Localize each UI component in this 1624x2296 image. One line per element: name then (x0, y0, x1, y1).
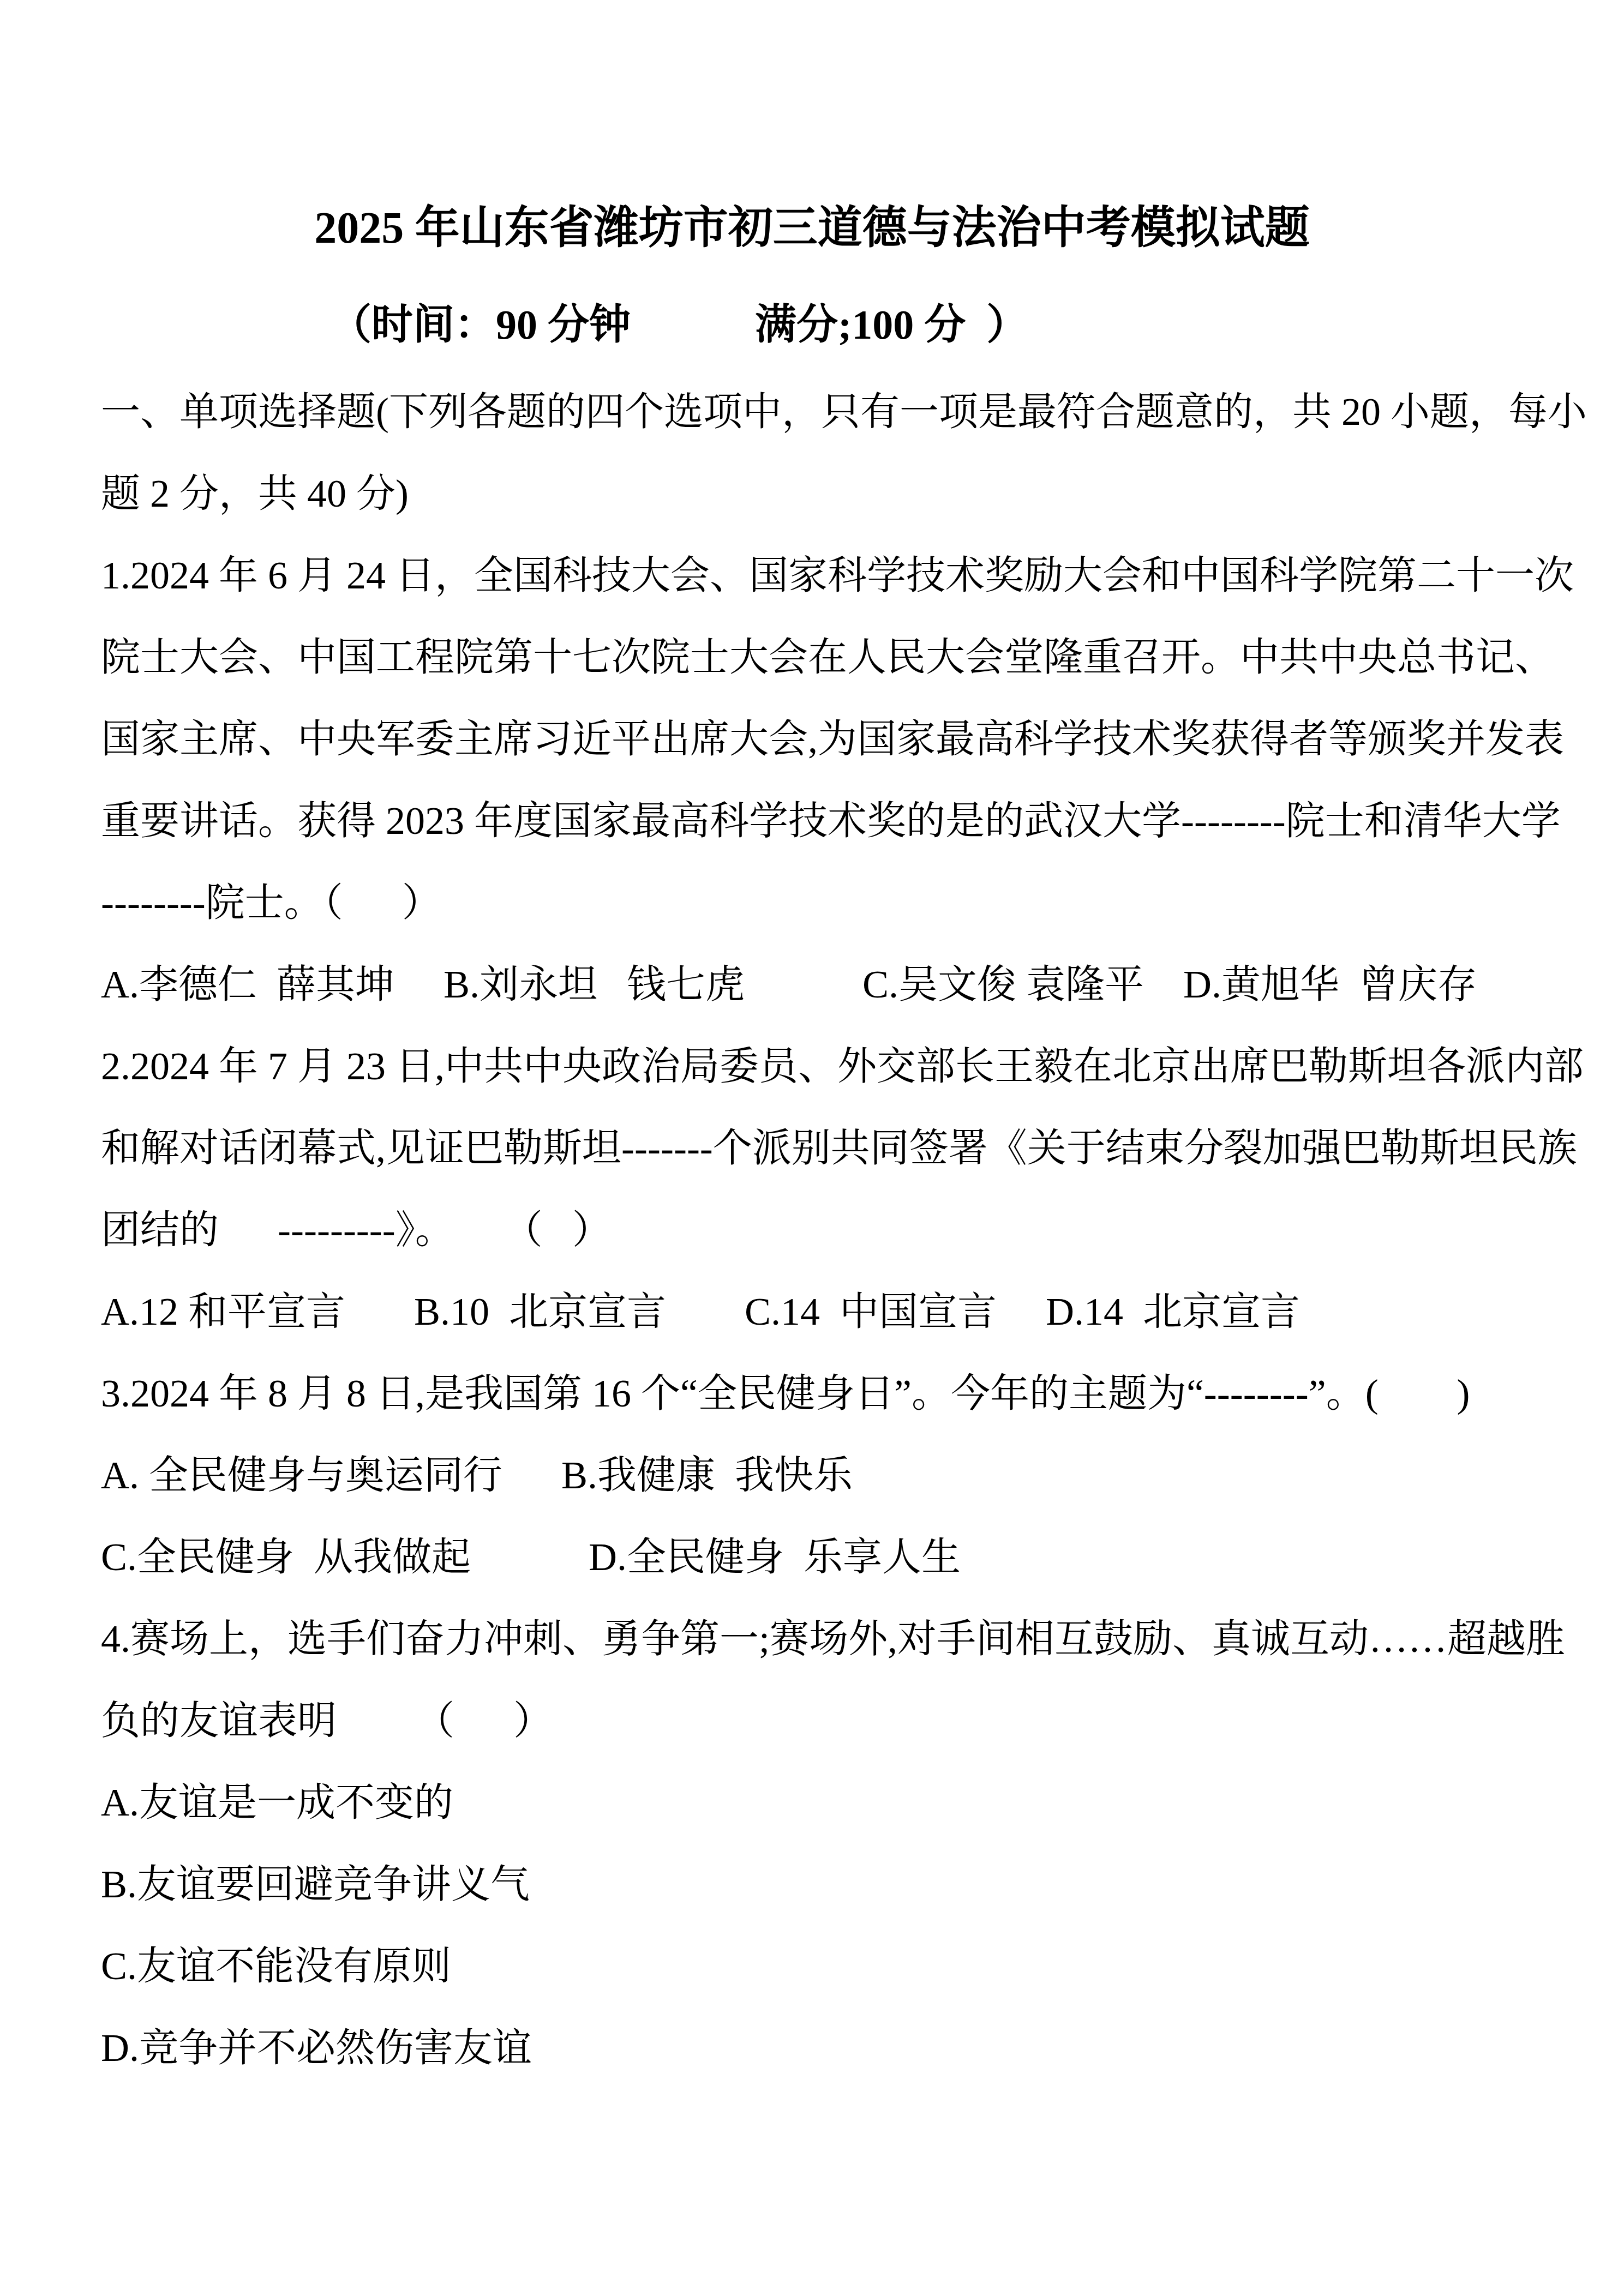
question-4-stem-line: 负的友谊表明 （ ） (101, 1680, 1523, 1762)
document-body: 一、单项选择题(下列各题的四个选项中，只有一项是最符合题意的，共 20 小题，每… (101, 371, 1523, 2089)
section-heading-line: 一、单项选择题(下列各题的四个选项中，只有一项是最符合题意的，共 20 小题，每… (101, 371, 1523, 453)
question-1-stem-line: 1.2024 年 6 月 24 日，全国科技大会、国家科学技术奖励大会和中国科学… (101, 534, 1523, 616)
question-1-stem-line: --------院士。（ ） (101, 862, 1523, 943)
question-2-options-line: A.12 和平宣言 B.10 北京宣言 C.14 中国宣言 D.14 北京宣言 (101, 1271, 1523, 1353)
question-3-options-line: C.全民健身 从我做起 D.全民健身 乐享人生 (101, 1516, 1523, 1598)
question-2-stem-line: 和解对话闭幕式,见证巴勒斯坦-------个派别共同签署《关于结束分裂加强巴勒斯… (101, 1107, 1523, 1189)
question-1-stem-line: 重要讲话。获得 2023 年度国家最高科学技术奖的是的武汉大学--------院… (101, 780, 1523, 862)
question-1-options-line: A.李德仁 薛其坤 B.刘永坦 钱七虎 C.吴文俊 袁隆平 D.黄旭华 曾庆存 (101, 943, 1523, 1025)
question-4-options-line: B.友谊要回避竞争讲义气 (101, 1843, 1523, 1925)
question-4-options-line: D.竞争并不必然伤害友谊 (101, 2007, 1523, 2089)
question-4-options-line: C.友谊不能没有原则 (101, 1925, 1523, 2007)
question-1-stem-line: 院士大会、中国工程院第十七次院士大会在人民大会堂隆重召开。中共中央总书记、 (101, 616, 1523, 698)
question-4-stem-line: 4.赛场上，选手们奋力冲刺、勇争第一;赛场外,对手间相互鼓励、真诚互动……超越胜 (101, 1598, 1523, 1680)
question-2-stem-line: 团结的 ---------》。 （ ） (101, 1189, 1523, 1271)
document-page: 2025 年山东省潍坊市初三道德与法治中考模拟试题 （时间：90 分钟 满分;1… (0, 0, 1624, 2296)
question-1-stem-line: 国家主席、中央军委主席习近平出席大会,为国家最高科学技术奖获得者等颁奖并发表 (101, 698, 1523, 780)
question-3-options-line: A. 全民健身与奥运同行 B.我健康 我快乐 (101, 1434, 1523, 1516)
page-title: 2025 年山东省潍坊市初三道德与法治中考模拟试题 (101, 201, 1523, 255)
section-heading-line: 题 2 分，共 40 分) (101, 453, 1523, 534)
question-2-stem-line: 2.2024 年 7 月 23 日,中共中央政治局委员、外交部长王毅在北京出席巴… (101, 1025, 1523, 1107)
document-content: 2025 年山东省潍坊市初三道德与法治中考模拟试题 （时间：90 分钟 满分;1… (101, 0, 1523, 2089)
question-4-options-line: A.友谊是一成不变的 (101, 1762, 1523, 1843)
exam-info: （时间：90 分钟 满分;100 分 ） (330, 299, 1523, 351)
question-3-stem-line: 3.2024 年 8 月 8 日,是我国第 16 个“全民健身日”。今年的主题为… (101, 1353, 1523, 1434)
